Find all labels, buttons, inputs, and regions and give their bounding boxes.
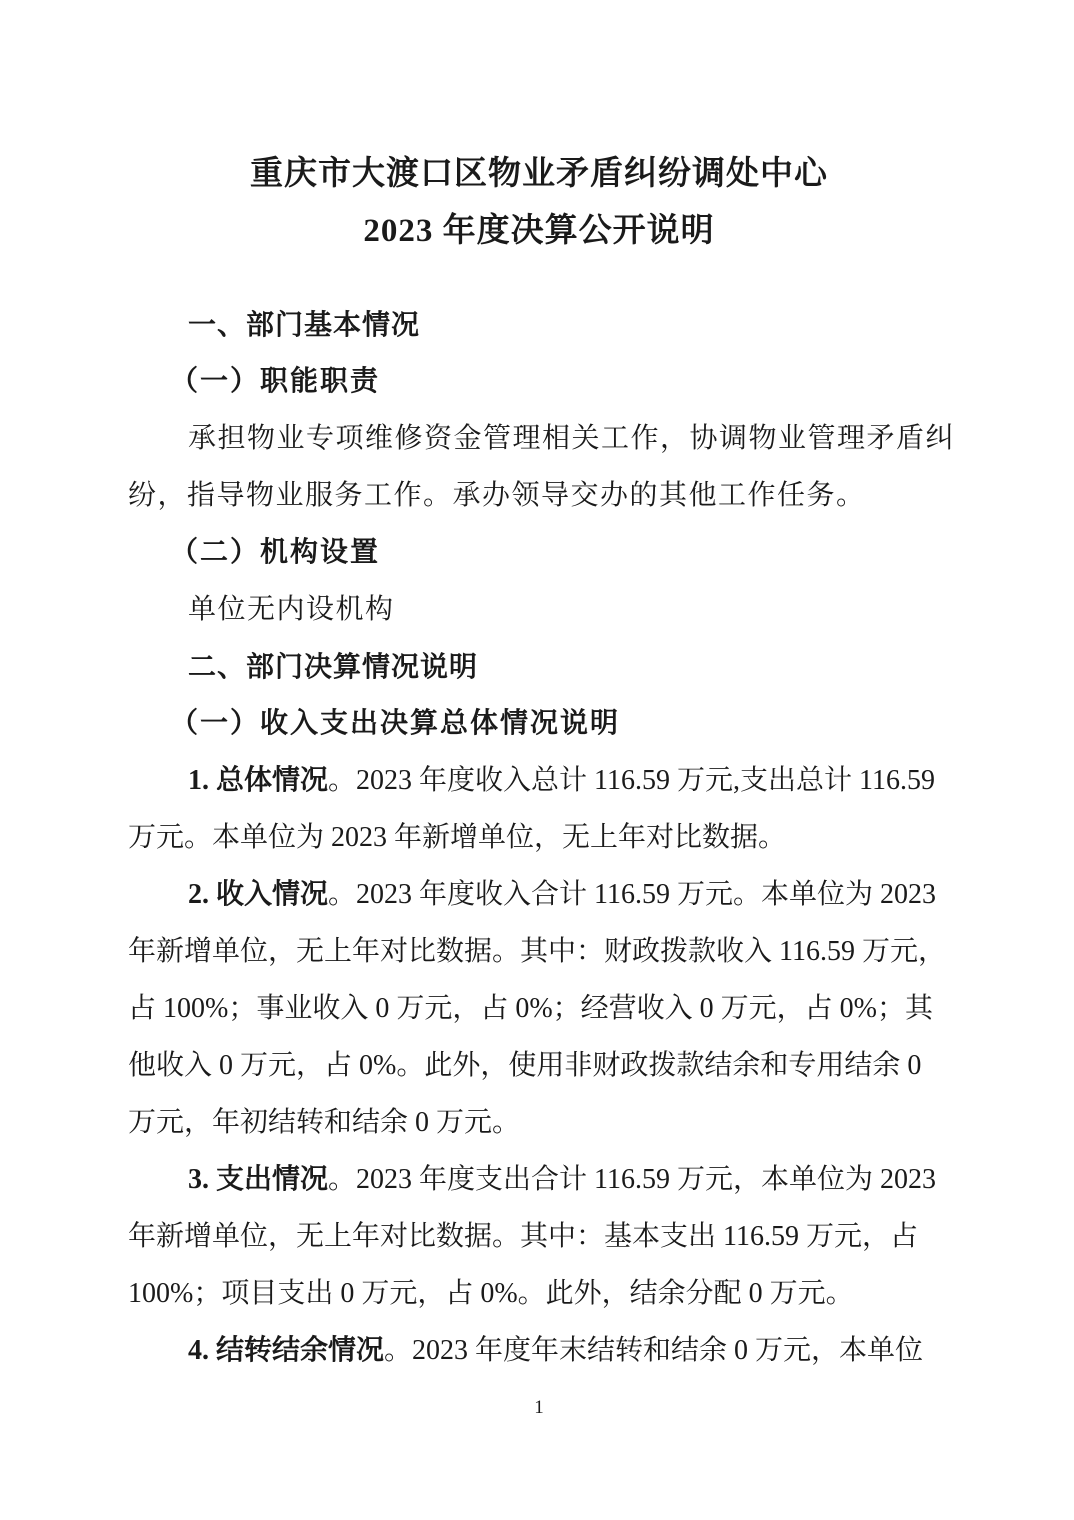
paragraph-duties-line-2: 纷，指导物业服务工作。承办领导交办的其他工作任务。 [128,467,950,524]
paragraph-structure: 单位无内设机构 [128,581,950,638]
item-expenditure-line-2: 年新增单位，无上年对比数据。其中：基本支出 116.59 万元，占 [128,1208,950,1265]
section-heading-2: 二、部门决算情况说明 [128,638,950,695]
item-expenditure-line-1: 3. 支出情况。2023 年度支出合计 116.59 万元，本单位为 2023 [128,1151,950,1208]
item-carryover-text: 。2023 年度年末结转和结余 0 万元，本单位 [384,1335,923,1366]
item-income-line-2: 年新增单位，无上年对比数据。其中：财政拨款收入 116.59 万元， [128,923,950,980]
item-income-line-3: 占 100%；事业收入 0 万元，占 0%；经营收入 0 万元，占 0%；其 [128,980,950,1037]
section-heading-1: 一、部门基本情况 [128,296,950,353]
subsection-heading-duties: （一）职能职责 [128,353,950,410]
item-income-text: 。2023 年度收入合计 116.59 万元。本单位为 2023 [328,879,936,910]
item-overall-text: 。2023 年度收入总计 116.59 万元,支出总计 116.59 [328,765,935,796]
item-income-label: 2. 收入情况 [188,879,328,910]
item-income-line-4: 他收入 0 万元，占 0%。此外，使用非财政拨款结余和专用结余 0 [128,1037,950,1094]
page-number: 1 [128,1379,950,1436]
item-expenditure-line-3: 100%；项目支出 0 万元，占 0%。此外，结余分配 0 万元。 [128,1265,950,1322]
item-income-line-1: 2. 收入情况。2023 年度收入合计 116.59 万元。本单位为 2023 [128,866,950,923]
document-subtitle: 2023 年度决算公开说明 [128,203,950,260]
item-carryover-label: 4. 结转结余情况 [188,1335,384,1366]
subsection-heading-structure: （二）机构设置 [128,524,950,581]
subsection-heading-budget-overview: （一）收入支出决算总体情况说明 [128,695,950,752]
item-overall-line-1: 1. 总体情况。2023 年度收入总计 116.59 万元,支出总计 116.5… [128,752,950,809]
item-expenditure-text: 。2023 年度支出合计 116.59 万元，本单位为 2023 [328,1164,936,1195]
document-title: 重庆市大渡口区物业矛盾纠纷调处中心 [128,146,950,203]
item-income-line-5: 万元，年初结转和结余 0 万元。 [128,1094,950,1151]
title-body-spacer [128,260,950,296]
document-page: 重庆市大渡口区物业矛盾纠纷调处中心 2023 年度决算公开说明 一、部门基本情况… [0,0,1074,1520]
paragraph-duties-line-1: 承担物业专项维修资金管理相关工作，协调物业管理矛盾纠 [128,410,950,467]
item-overall-line-2: 万元。本单位为 2023 年新增单位，无上年对比数据。 [128,809,950,866]
item-expenditure-label: 3. 支出情况 [188,1164,328,1195]
item-overall-label: 1. 总体情况 [188,765,328,796]
item-carryover-line-1: 4. 结转结余情况。2023 年度年末结转和结余 0 万元，本单位 [128,1322,950,1379]
